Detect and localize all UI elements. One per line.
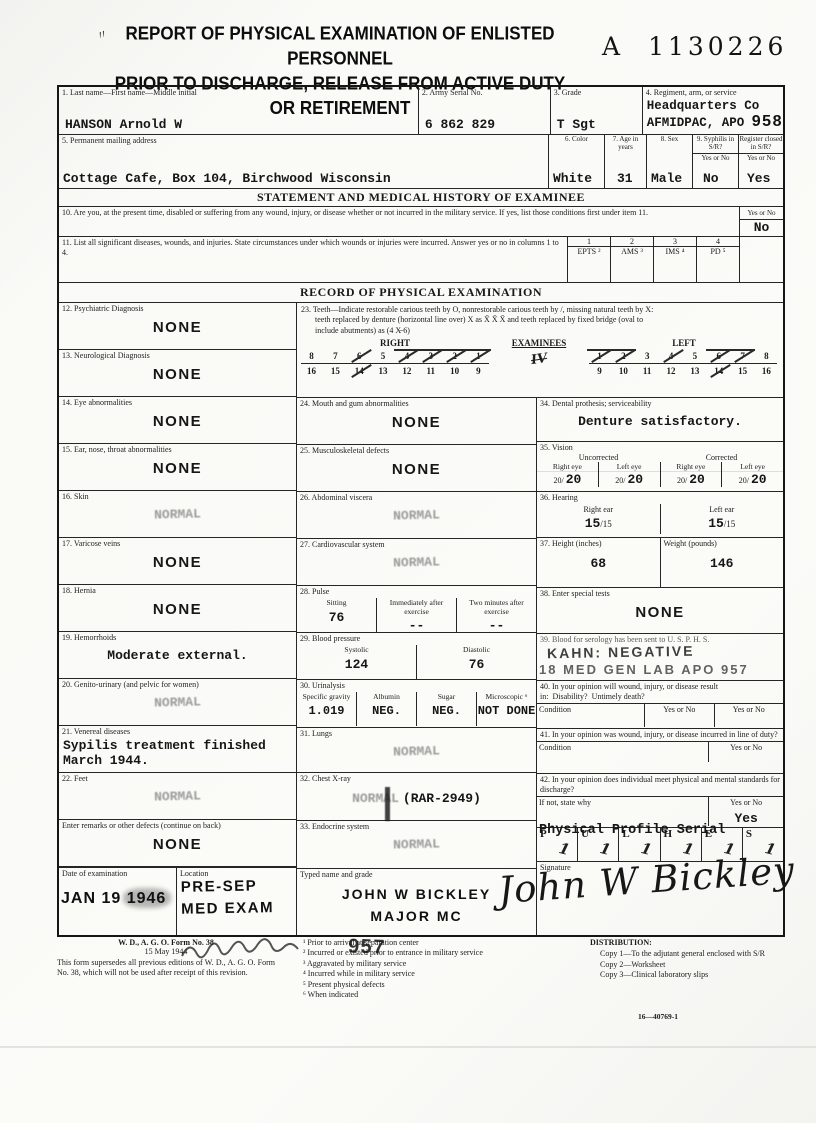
- urinalysis-col-header: Microscopic ⁶: [477, 692, 536, 702]
- exam-left-column: 12. Psychiatric Diagnosis NONE 13. Neuro…: [59, 303, 297, 935]
- exam-item-label: 22. Feet: [59, 773, 296, 785]
- vision-eye-col: Right eye 20/ 20: [661, 462, 723, 487]
- item-28-label: 28. Pulse: [297, 586, 536, 598]
- item-42-ifnot: If not, state why Physical Profile Seria…: [537, 797, 709, 826]
- hearing-col-value: 15/15: [661, 514, 784, 532]
- item-33-endocrine: 33. Endocrine system NORMAL: [297, 821, 536, 868]
- vision-headers: Uncorrected Corrected: [537, 453, 783, 462]
- location-stamp-line2: MED EXAM: [181, 897, 274, 920]
- item-11-yesno-spacer: [739, 237, 783, 282]
- statement-section-title: STATEMENT AND MEDICAL HISTORY OF EXAMINE…: [59, 189, 783, 207]
- item-40-answers: Condition Yes or No Yes or No: [537, 703, 783, 727]
- pulhes-handwritten-mark: 1: [639, 839, 653, 859]
- exam-item: 20. Genito-urinary (and pelvic for women…: [59, 679, 296, 726]
- tooth-cell: 11: [637, 364, 658, 379]
- hw-col-value: 146: [661, 556, 784, 571]
- hearing-col-header: Right ear: [537, 504, 660, 514]
- field-syphilis: 9. Syphilis in S/R? Yes or No No: [693, 135, 739, 188]
- tooth-cell: 13: [684, 364, 705, 379]
- exam-item: 18. Hernia NONE: [59, 585, 296, 632]
- tooth-cell: 5: [373, 349, 394, 363]
- item-40-q1: Disability?: [552, 692, 587, 701]
- exam-right-area: 23. Teeth—Indicate restorable carious te…: [297, 303, 783, 935]
- item-37-height-weight: 37. Height (inches) 68 Weight (pounds) 1…: [537, 538, 783, 588]
- item-10-row: 10. Are you, at the present time, disabl…: [59, 207, 783, 237]
- item-32-value-normal: NORMAL: [352, 791, 399, 806]
- exam-item: 22. Feet NORMAL: [59, 773, 296, 820]
- vision-uncorrected-label: Uncorrected: [537, 453, 660, 462]
- item-34-dental: 34. Dental prothesis; serviceability Den…: [537, 398, 783, 442]
- item-11-row: 11. List all significant diseases, wound…: [59, 237, 783, 283]
- tooth-cell: 15: [325, 364, 346, 379]
- footnote: ⁶ When indicated: [303, 990, 560, 1000]
- footnote: ¹ Prior to arrival at separation center: [303, 938, 560, 948]
- field-name-label: 1. Last name—First name—Middle initial: [59, 87, 418, 99]
- exam-item-label: 20. Genito-urinary (and pelvic for women…: [59, 679, 296, 691]
- bp-col-value: 124: [297, 657, 416, 672]
- item-31-lungs: 31. Lungs NORMAL: [297, 728, 536, 773]
- item-33-value: NORMAL: [297, 834, 536, 855]
- tooth-cell: 4: [396, 349, 417, 363]
- hw-col-header: 37. Height (inches): [537, 538, 660, 548]
- field-grade-value: T Sgt: [557, 117, 596, 132]
- field-regiment-value2: AFMIDPAC, APO 958: [643, 113, 783, 131]
- hearing-col: Left ear 15/15: [661, 504, 784, 534]
- ink-streak: [385, 787, 390, 821]
- bp-col-value: 76: [417, 657, 536, 672]
- item-40-death-yn: Yes or No: [715, 704, 783, 727]
- urinalysis-table: Specific gravity 1.019 Albumin NEG.: [297, 692, 536, 726]
- exam-item-value: NORMAL: [59, 786, 296, 807]
- item-35-vision: 35. Vision Uncorrected Corrected Right e…: [537, 442, 783, 492]
- pulse-col: Two minutes after exercise --: [457, 598, 536, 632]
- exam-item-label: Enter remarks or other defects (continue…: [59, 820, 296, 832]
- pulse-table: Sitting 76 Immediately after exercise --: [297, 598, 536, 632]
- item-41-condition: Condition: [537, 742, 709, 762]
- kahn-stamp-line2: 18 MED GEN LAB APO 957: [539, 662, 749, 677]
- exam-item-label: 14. Eye abnormalities: [59, 397, 296, 409]
- teeth-center: IV: [489, 349, 589, 379]
- history-column: 2 AMS ³: [610, 237, 653, 282]
- form-title-line1: REPORT OF PHYSICAL EXAMINATION OF ENLIST…: [100, 22, 580, 72]
- exam-item-value: NONE: [59, 554, 296, 571]
- tooth-cell: 14: [349, 364, 370, 379]
- bp-col-header: Systolic: [297, 645, 416, 655]
- distribution-block: DISTRIBUTION: Copy 1—To the adjutant gen…: [560, 938, 797, 1000]
- item-34-label: 34. Dental prothesis; serviceability: [537, 398, 783, 410]
- vision-eye-col: Left eye 20/ 20: [722, 462, 783, 487]
- urinalysis-col-header: Specific gravity: [297, 692, 356, 702]
- pulhes-letter: S: [743, 828, 783, 840]
- urinalysis-col-value: NEG.: [417, 704, 476, 718]
- hearing-col-value: 15/15: [537, 514, 660, 532]
- vision-eye-value: 20/ 20: [722, 472, 783, 487]
- exam-item: 17. Varicose veins NONE: [59, 538, 296, 585]
- teeth-headers: RIGHT EXAMINEES LEFT: [301, 338, 779, 348]
- bp-table: Systolic 124 Diastolic 76: [297, 645, 536, 679]
- urinalysis-col-header: Albumin: [357, 692, 416, 702]
- vision-eye-col: Left eye 20/ 20: [599, 462, 661, 487]
- item-29-blood-pressure: 29. Blood pressure Systolic 124: [297, 633, 536, 680]
- item-28-pulse: 28. Pulse Sitting 76: [297, 586, 536, 633]
- exam-middle-column: 24. Mouth and gum abnormalities NONE 25.…: [297, 398, 537, 935]
- hw-col-header: Weight (pounds): [661, 538, 784, 548]
- footnote: ⁵ Present physical defects: [303, 980, 560, 990]
- urinalysis-col-value: NEG.: [357, 704, 416, 718]
- form-footer: W. D., A. G. O. Form No. 38 15 May 1944 …: [57, 938, 797, 1000]
- exam-item: 26. Abdominal viscera NORMAL: [297, 492, 536, 539]
- teeth-right-top-row: 87654321: [301, 349, 489, 364]
- item-11: 11. List all significant diseases, wound…: [59, 237, 564, 282]
- item-33-label: 33. Endocrine system: [297, 821, 536, 833]
- item-31-value: NORMAL: [297, 741, 536, 762]
- item-36-label: 36. Hearing: [537, 492, 783, 504]
- urinalysis-col: Specific gravity 1.019: [297, 692, 357, 726]
- distribution-lines: Copy 1—To the adjutant general enclosed …: [590, 949, 797, 981]
- teeth-instructions-line3: include abutments) as (4 X̶ 6): [301, 326, 779, 336]
- distribution-line: Copy 1—To the adjutant general enclosed …: [590, 949, 797, 960]
- exam-item: 13. Neurological Diagnosis NONE: [59, 350, 296, 397]
- history-column-abbr: AMS ³: [611, 246, 653, 256]
- item-34-value: Denture satisfactory.: [537, 414, 783, 429]
- item-42: 42. In your opinion does individual meet…: [537, 774, 783, 828]
- tooth-cell: 16: [301, 364, 322, 379]
- field-age-value: 31: [617, 171, 633, 186]
- exam-item: 14. Eye abnormalities NONE: [59, 397, 296, 444]
- field-exam-date-label: Date of examination: [59, 868, 176, 880]
- exam-item-label: 24. Mouth and gum abnormalities: [297, 398, 536, 410]
- exam-item: 19. Hemorrhoids Moderate external.: [59, 632, 296, 679]
- exam-item-label: 26. Abdominal viscera: [297, 492, 536, 504]
- pulse-col-header: Immediately after exercise: [377, 598, 456, 616]
- hearing-col: Right ear 15/15: [537, 504, 661, 534]
- apo-number-stamp: 958: [752, 113, 783, 130]
- stamp-957: 957: [348, 935, 387, 959]
- field-serial: 2. Army Serial No. 6 862 829: [419, 87, 551, 134]
- tooth-cell: 3: [420, 349, 441, 363]
- item-11-text: 11. List all significant diseases, wound…: [59, 237, 564, 259]
- history-column: 1 EPTS ²: [567, 237, 610, 282]
- item-41: 41. In your opinion was wound, injury, o…: [537, 729, 783, 774]
- hearing-col-header: Left ear: [661, 504, 784, 514]
- urinalysis-col-value: NOT DONE: [477, 704, 536, 718]
- location-stamp-line1: PRE-SEP: [181, 875, 274, 898]
- exam-item: Enter remarks or other defects (continue…: [59, 820, 296, 867]
- vision-eye-value: 20/ 20: [537, 472, 598, 487]
- exam-left-items: 12. Psychiatric Diagnosis NONE 13. Neuro…: [59, 303, 296, 867]
- field-exam-date: Date of examination JAN 19 1946: [59, 868, 177, 935]
- exam-item-label: 15. Ear, nose, throat abnormalities: [59, 444, 296, 456]
- footnote: ⁴ Incurred while in military service: [303, 969, 560, 979]
- field-syphilis-sub: Yes or No: [693, 153, 738, 162]
- examinees-handwritten-mark: IV: [530, 351, 548, 368]
- item-41-text: 41. In your opinion was wound, injury, o…: [537, 729, 783, 741]
- pulse-col-value: --: [457, 618, 536, 633]
- serial-letter: A: [602, 32, 622, 61]
- field-serial-label: 2. Army Serial No.: [419, 87, 550, 99]
- exam-item-value: NORMAL: [297, 505, 536, 526]
- item-39-serology: 39. Blood for serology has been sent to …: [537, 634, 783, 681]
- exam-item: 24. Mouth and gum abnormalities NONE: [297, 398, 536, 445]
- tooth-cell: 4: [661, 349, 682, 363]
- history-column-abbr: IMS ⁴: [654, 246, 696, 256]
- tooth-cell: 9: [589, 364, 610, 379]
- teeth-instructions-line1: 23. Teeth—Indicate restorable carious te…: [301, 305, 779, 315]
- teeth-left-bottom-row: 910111213141516: [589, 364, 777, 379]
- field-register-sub: Yes or No: [739, 153, 783, 162]
- item-40-condition: Condition: [537, 704, 645, 727]
- item-36-hearing: 36. Hearing Right ear 15/15: [537, 492, 783, 538]
- history-column: 3 IMS ⁴: [653, 237, 696, 282]
- item-40: 40. In your opinion will wound, injury, …: [537, 681, 783, 729]
- teeth-right-side: 87654321 161514131211109: [301, 349, 489, 379]
- vision-eye-header: Right eye: [661, 462, 722, 472]
- urinalysis-col: Microscopic ⁶ NOT DONE: [477, 692, 536, 726]
- tooth-cell: 2: [444, 349, 465, 363]
- teeth-grid: 87654321 161514131211109 IV 12345678: [301, 349, 779, 379]
- exam-item-label: 17. Varicose veins: [59, 538, 296, 550]
- exam-item-value: NONE: [59, 836, 296, 853]
- pulse-col-header: Two minutes after exercise: [457, 598, 536, 616]
- field-color-value: White: [553, 171, 592, 186]
- item-32-chest-xray: 32. Chest X-ray NORMAL (RAR-2949): [297, 773, 536, 821]
- exam-mid-items: 24. Mouth and gum abnormalities NONE 25.…: [297, 398, 536, 586]
- history-column-number: 3: [654, 237, 696, 246]
- field-location: Location PRE-SEP MED EXAM: [177, 868, 296, 935]
- urinalysis-col-header: Sugar: [417, 692, 476, 702]
- field-address: 5. Permanent mailing address Cottage Caf…: [59, 135, 549, 188]
- exam-item-label: 13. Neurological Diagnosis: [59, 350, 296, 362]
- tooth-cell: 16: [756, 364, 777, 379]
- tooth-cell: 8: [301, 349, 322, 363]
- history-column-abbr: PD ⁵: [697, 246, 739, 256]
- location-stamp: PRE-SEP MED EXAM: [181, 875, 275, 920]
- exam-item-value: Moderate external.: [59, 648, 296, 663]
- tooth-cell: 14: [708, 364, 729, 379]
- field-syphilis-value: No: [703, 171, 719, 186]
- bp-col: Diastolic 76: [417, 645, 536, 679]
- field-address-label: 5. Permanent mailing address: [59, 135, 548, 147]
- item-38-label: 38. Enter special tests: [537, 588, 783, 600]
- form-body: 1. Last name—First name—Middle initial H…: [57, 85, 785, 937]
- pulse-col: Sitting 76: [297, 598, 377, 632]
- date-location-row: Date of examination JAN 19 1946 Location…: [59, 867, 296, 935]
- tooth-cell: 10: [444, 364, 465, 379]
- item-41-yn: Yes or No: [709, 742, 783, 762]
- field-grade: 3. Grade T Sgt: [551, 87, 643, 134]
- field-name: 1. Last name—First name—Middle initial H…: [59, 87, 419, 134]
- physical-profile-serial-stamp: Physical Profile Serial: [539, 823, 725, 838]
- vision-eye-value: 20/ 20: [599, 472, 660, 487]
- item-32-value: NORMAL (RAR-2949): [297, 789, 536, 807]
- exam-item: 21. Venereal diseases Sypilis treatment …: [59, 726, 296, 773]
- bp-col: Systolic 124: [297, 645, 417, 679]
- history-column-abbr: EPTS ²: [568, 246, 610, 256]
- tooth-cell: 8: [756, 349, 777, 363]
- exam-item-label: 25. Musculoskeletal defects: [297, 445, 536, 457]
- tooth-cell: 13: [373, 364, 394, 379]
- distribution-line: Copy 2—Worksheet: [590, 960, 797, 971]
- teeth-instructions-line2: teeth replaced by denture (horizontal li…: [301, 315, 779, 325]
- field-register-label: Register closed in S/R?: [739, 135, 783, 152]
- exam-item-label: 12. Psychiatric Diagnosis: [59, 303, 296, 315]
- field-register-value: Yes: [747, 171, 770, 186]
- pulse-col: Immediately after exercise --: [377, 598, 457, 632]
- ink-scribble: [178, 938, 328, 964]
- item-30-urinalysis: 30. Urinalysis Specific gravity 1.019: [297, 680, 536, 728]
- tooth-cell: 10: [613, 364, 634, 379]
- field-sex: 8. Sex Male: [647, 135, 693, 188]
- vision-eye-header: Left eye: [722, 462, 783, 472]
- item-40-disability-yn: Yes or No: [645, 704, 714, 727]
- item-10-text: 10. Are you, at the present time, disabl…: [59, 207, 739, 219]
- tooth-cell: 12: [661, 364, 682, 379]
- vision-corrected-label: Corrected: [660, 453, 783, 462]
- field-color-label: 6. Color: [549, 135, 604, 143]
- identity-row: 1. Last name—First name—Middle initial H…: [59, 87, 783, 135]
- item-41-answers: Condition Yes or No: [537, 741, 783, 762]
- exam-item-value: NONE: [59, 319, 296, 336]
- field-address-value: Cottage Cafe, Box 104, Birchwood Wiscons…: [63, 171, 391, 186]
- exam-item-value: NONE: [297, 414, 536, 431]
- pulhes-handwritten-mark: 1: [598, 839, 612, 859]
- exam-item-label: 19. Hemorrhoids: [59, 632, 296, 644]
- history-column: 4 PD ⁵: [696, 237, 739, 282]
- teeth-left-side: 12345678 910111213141516: [589, 349, 777, 379]
- hw-col: 37. Height (inches) 68: [537, 538, 661, 587]
- exam-body: 12. Psychiatric Diagnosis NONE 13. Neuro…: [59, 303, 783, 935]
- item-38-value: NONE: [537, 604, 783, 621]
- vision-eye-header: Right eye: [537, 462, 598, 472]
- tooth-cell: 7: [325, 349, 346, 363]
- item-38-special-tests: 38. Enter special tests NONE: [537, 588, 783, 634]
- vision-grid: Right eye 20/ 20 Left eye 20/ 20: [537, 462, 783, 487]
- history-column-number: 4: [697, 237, 739, 246]
- item-31-label: 31. Lungs: [297, 728, 536, 740]
- exam-item-value: NONE: [59, 601, 296, 618]
- item-10-value: No: [740, 220, 783, 235]
- exam-item-value: NONE: [59, 366, 296, 383]
- field-color: 6. Color White: [549, 135, 605, 188]
- exam-item-value: NORMAL: [59, 504, 296, 525]
- teeth-right-label: RIGHT: [301, 338, 489, 348]
- tooth-cell: 5: [684, 349, 705, 363]
- item-10: 10. Are you, at the present time, disabl…: [59, 207, 739, 236]
- exam-item-label: 18. Hernia: [59, 585, 296, 597]
- item-23-teeth: 23. Teeth—Indicate restorable carious te…: [297, 303, 783, 398]
- address-row: 5. Permanent mailing address Cottage Caf…: [59, 135, 783, 189]
- tooth-cell: 1: [468, 349, 489, 363]
- item-32-label: 32. Chest X-ray: [297, 773, 536, 785]
- exam-item: 15. Ear, nose, throat abnormalities NONE: [59, 444, 296, 491]
- field-syphilis-label: 9. Syphilis in S/R?: [693, 135, 738, 152]
- field-sex-value: Male: [651, 171, 682, 186]
- teeth-left-top-row: 12345678: [589, 349, 777, 364]
- urinalysis-col: Albumin NEG.: [357, 692, 417, 726]
- exam-item-value: NONE: [59, 413, 296, 430]
- tooth-cell: 3: [637, 349, 658, 363]
- distribution-line: Copy 3—Clinical laboratory slips: [590, 970, 797, 981]
- pulse-col-value: --: [377, 618, 456, 633]
- tooth-cell: 2: [613, 349, 634, 363]
- item-32-value-rar: (RAR-2949): [403, 791, 481, 806]
- field-regiment: 4. Regiment, arm, or service Headquarter…: [643, 87, 783, 134]
- hw-col-value: 68: [537, 556, 660, 571]
- item-35-label: 35. Vision: [537, 442, 783, 453]
- field-regiment-value1: Headquarters Co: [643, 99, 783, 113]
- hw-col: Weight (pounds) 146: [661, 538, 784, 587]
- field-age-label: 7. Age in years: [605, 135, 646, 152]
- footnote: ² Incurred or existed prior to entrance …: [303, 948, 560, 958]
- tooth-cell: 11: [420, 364, 441, 379]
- exam-item-label: 27. Cardiovascular system: [297, 539, 536, 551]
- field-serial-value: 6 862 829: [425, 117, 495, 132]
- record-section-title: RECORD OF PHYSICAL EXAMINATION: [59, 283, 783, 303]
- tooth-cell: 6: [708, 349, 729, 363]
- item-40-text: 40. In your opinion will wound, injury, …: [537, 681, 783, 703]
- field-name-value: HANSON Arnold W: [65, 117, 182, 132]
- field-register: Register closed in S/R? Yes or No Yes: [739, 135, 783, 188]
- exam-item-label: 21. Venereal diseases: [59, 726, 296, 738]
- urinalysis-col-value: 1.019: [297, 704, 356, 718]
- exam-item-label: 16. Skin: [59, 491, 296, 503]
- bp-col-header: Diastolic: [417, 645, 536, 655]
- item-10-yesno-label: Yes or No: [740, 207, 783, 220]
- item-30-label: 30. Urinalysis: [297, 680, 536, 692]
- item-40-q2: Untimely death?: [592, 692, 645, 701]
- serial-digits: 1130226: [648, 32, 787, 61]
- pulhes-handwritten-mark: 1: [557, 839, 571, 859]
- pulse-col-header: Sitting: [297, 598, 376, 608]
- tooth-cell: 15: [732, 364, 753, 379]
- vision-eye-header: Left eye: [599, 462, 660, 472]
- exam-item: 27. Cardiovascular system NORMAL: [297, 539, 536, 586]
- exam-item-value: NONE: [297, 461, 536, 478]
- history-column-number: 2: [611, 237, 653, 246]
- tooth-cell: 9: [468, 364, 489, 379]
- footnote: ³ Aggravated by military service: [303, 959, 560, 969]
- exam-item-value: NORMAL: [297, 552, 536, 573]
- exam-item: 12. Psychiatric Diagnosis NONE: [59, 303, 296, 350]
- exam-item-value: NONE: [59, 460, 296, 477]
- field-grade-label: 3. Grade: [551, 87, 642, 99]
- urinalysis-col: Sugar NEG.: [417, 692, 477, 726]
- history-column-number: 1: [568, 237, 610, 246]
- exam-item: 16. Skin NORMAL: [59, 491, 296, 538]
- field-regiment-label: 4. Regiment, arm, or service: [643, 87, 783, 99]
- vision-eye-col: Right eye 20/ 20: [537, 462, 599, 487]
- height-weight-table: 37. Height (inches) 68 Weight (pounds) 1…: [537, 538, 783, 587]
- item-29-label: 29. Blood pressure: [297, 633, 536, 645]
- document-serial-stamp: A1130226: [602, 32, 787, 61]
- scanned-form-page: 〃 REPORT OF PHYSICAL EXAMINATION OF ENLI…: [0, 0, 816, 1123]
- ink-blot: [123, 888, 171, 908]
- exam-item: 25. Musculoskeletal defects NONE: [297, 445, 536, 492]
- item-11-columns: 1 EPTS ² 2 AMS ³ 3 IMS ⁴ 4: [567, 237, 739, 282]
- tooth-cell: 7: [732, 349, 753, 363]
- field-age: 7. Age in years 31: [605, 135, 647, 188]
- exam-item-value: Sypilis treatment finished March 1944.: [59, 738, 296, 768]
- item-42-yn: Yes or No Yes: [709, 797, 783, 826]
- tooth-cell: 6: [349, 349, 370, 363]
- tooth-cell: 12: [396, 364, 417, 379]
- hearing-table: Right ear 15/15 Left ear 15/15: [537, 504, 783, 534]
- item-42-text: 42. In your opinion does individual meet…: [537, 774, 783, 796]
- exam-item-value: NORMAL: [59, 692, 296, 713]
- distribution-title: DISTRIBUTION:: [590, 938, 797, 949]
- vision-eye-value: 20/ 20: [661, 472, 722, 487]
- teeth-right-bottom-row: 161514131211109: [301, 364, 489, 379]
